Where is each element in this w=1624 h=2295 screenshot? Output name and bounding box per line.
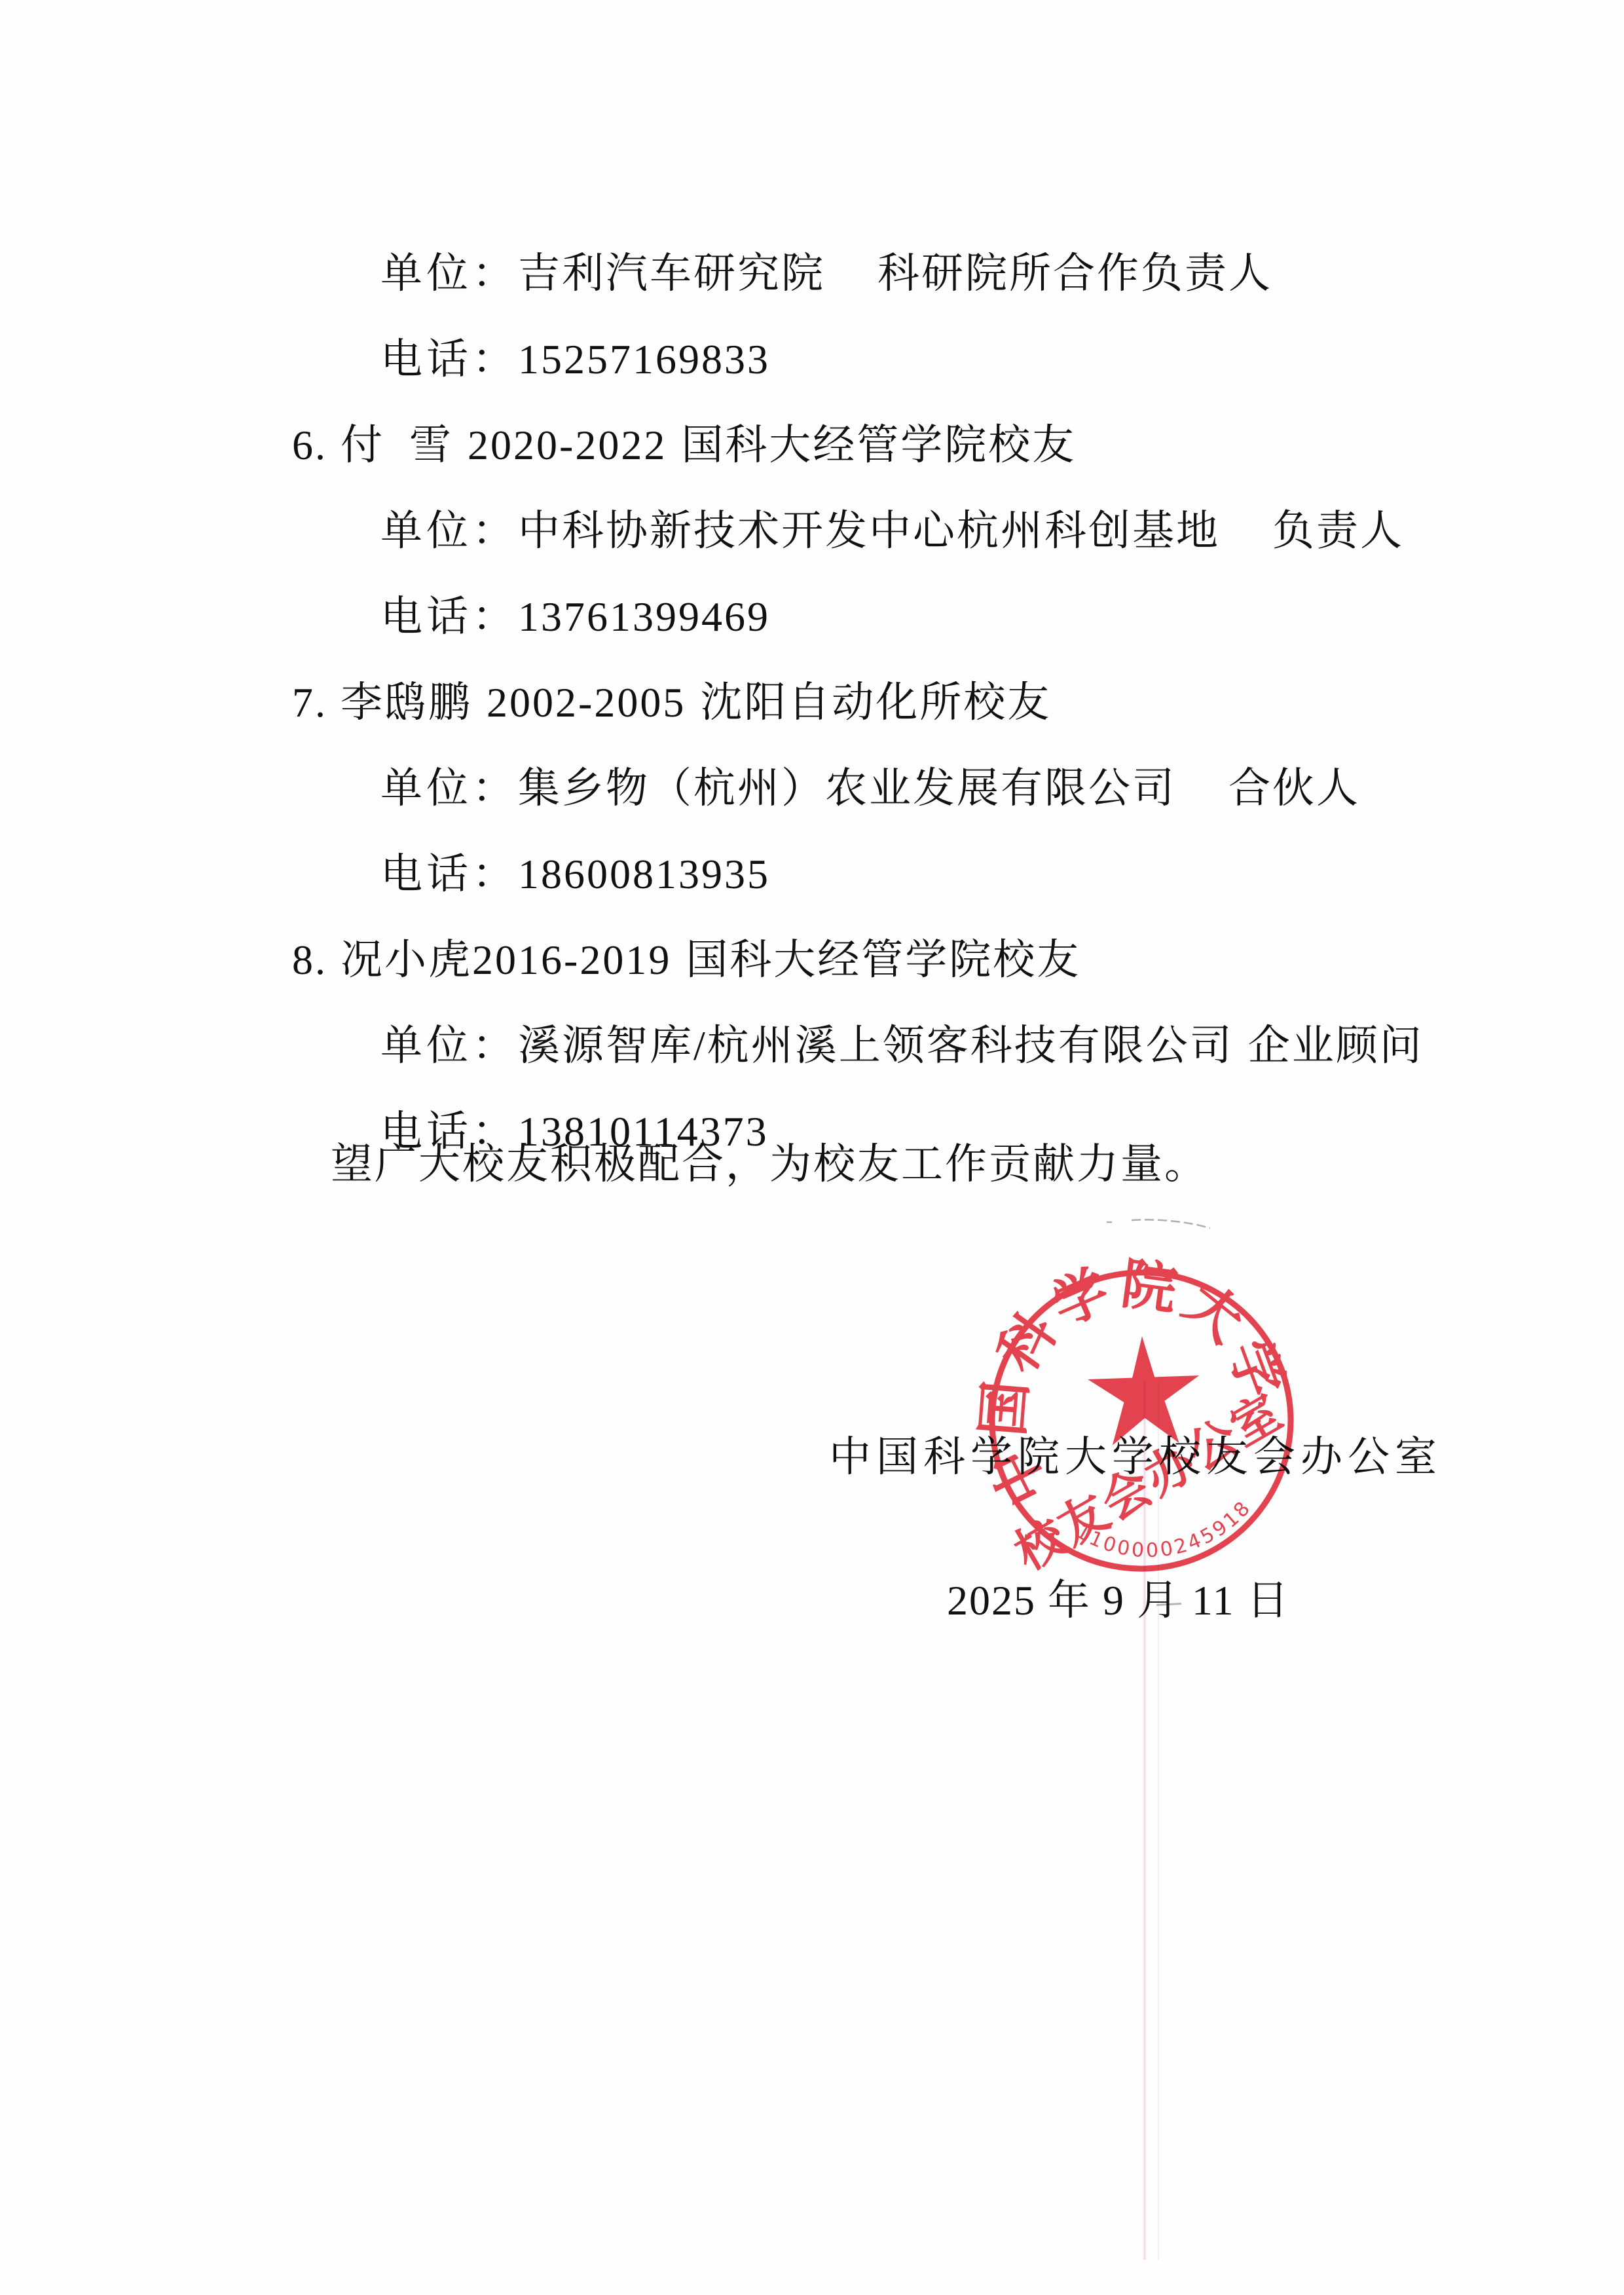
entry-number: 6. (292, 422, 327, 468)
unit-role: 企业顾问 (1248, 1022, 1424, 1069)
unit-role: 合伙人 (1228, 765, 1360, 812)
entry-5-phone-line: 电话：15257169833 (331, 281, 770, 333)
entry-number: 8. (292, 937, 327, 983)
entry-7-heading: 7.李鸱鹏2002-2005沈阳自动化所校友 (242, 624, 1051, 677)
entry-8-unit-line: 单位：溪源智库/杭州溪上领客科技有限公司企业顾问 (331, 967, 1424, 1020)
entry-5-unit-line: 单位：吉利汽车研究院科研院所合作负责人 (331, 195, 1272, 248)
seal-graphic: 中国科学院大学 校友会办公室 1100000245918 (987, 1268, 1295, 1573)
unit-role: 科研院所合作负责人 (877, 250, 1272, 297)
scan-artifact-line (1143, 1382, 1147, 2260)
entry-8-heading: 8.况小虎2016-2019国科大经管学院校友 (242, 882, 1080, 934)
scan-artifact-arc (1105, 1217, 1217, 1230)
entry-6-heading: 6.付 雪2020-2022国科大经管学院校友 (242, 367, 1076, 419)
scan-artifact-line-faint (1158, 1382, 1159, 2260)
unit-role: 负责人 (1272, 508, 1404, 554)
seal-serial: 1100000245918 (1069, 1493, 1262, 1573)
entry-7-phone-line: 电话：18600813935 (331, 796, 770, 848)
entry-8-phone-line: 电话：13810114373 (331, 1053, 769, 1106)
entry-7-unit-line: 单位：集乡物（杭州）农业发展有限公司合伙人 (331, 710, 1360, 762)
document-page: 单位：吉利汽车研究院科研院所合作负责人 电话：15257169833 6.付 雪… (0, 0, 1624, 2295)
issue-date: 2025 年 9 月 11 日 (947, 1575, 1290, 1627)
entry-number: 7. (292, 679, 327, 726)
seal-ring (973, 1253, 1310, 1588)
closing-sentence: 望广大校友积极配合，为校友工作贡献力量。 (331, 1138, 1208, 1191)
issuer-name: 中国科学院大学校友会办公室 (829, 1431, 1442, 1483)
entry-6-phone-line: 电话：13761399469 (331, 538, 770, 591)
entry-6-unit-line: 单位：中科协新技术开发中心杭州科创基地负责人 (331, 453, 1404, 505)
official-seal: 中国科学院大学 校友会办公室 1100000245918 (987, 1268, 1295, 1573)
